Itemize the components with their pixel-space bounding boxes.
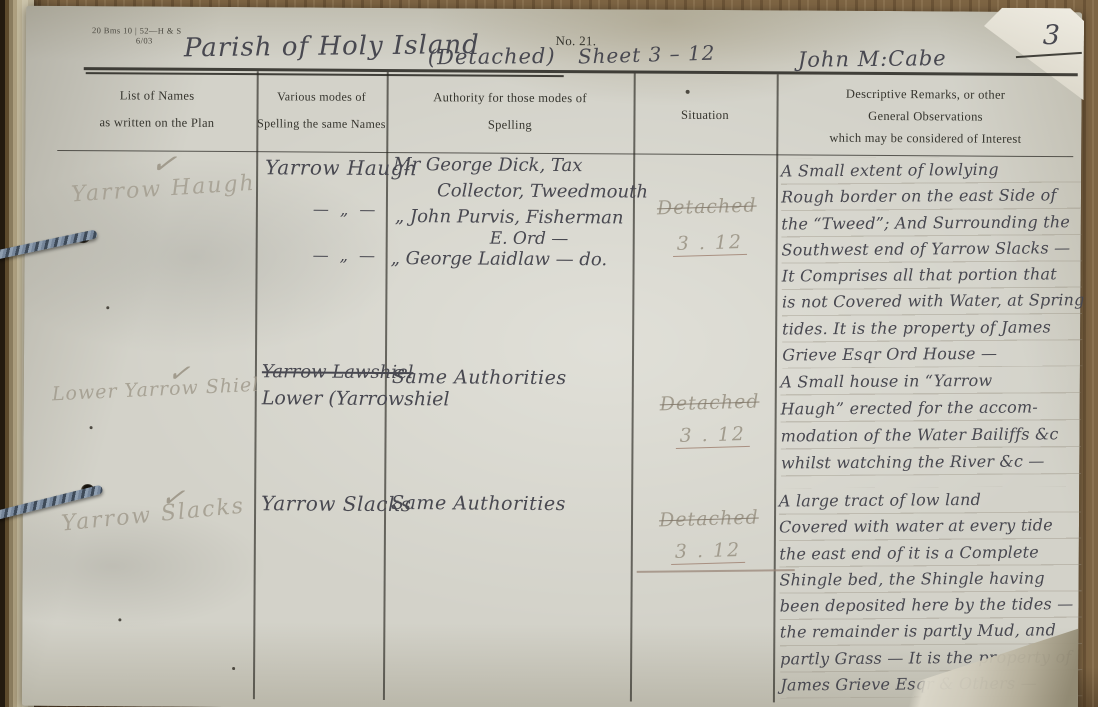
situation-sheet-ref: 3 . 12 xyxy=(672,231,747,257)
remarks-line: A Small extent of lowlying xyxy=(781,156,1081,185)
header-remarks-line2: General Observations xyxy=(778,104,1072,128)
situation-note: Detached xyxy=(659,507,759,532)
photo-of-name-book-page: 3 20 Bms 10 | 52—H & S 6/03 No. 21. Pari… xyxy=(0,0,1098,707)
header-remarks-line3: which may be considered of Interest xyxy=(778,126,1072,150)
authority-line: Collector, Tweedmouth xyxy=(437,180,648,202)
remarks-line: modation of the Water Bailiffs &c xyxy=(781,420,1081,449)
header-situation: Situation xyxy=(635,102,774,130)
heading-underline xyxy=(86,72,564,76)
remarks-cell: A Small house in “Yarrow Haugh” erected … xyxy=(780,366,1081,476)
ditto-mark: — „ — xyxy=(313,246,379,265)
remarks-line: the “Tweed”; And Surrounding the xyxy=(781,209,1081,238)
spelling-entry: Yarrow Slacks xyxy=(261,491,411,516)
form-print-code-line1: 20 Bms 10 | 52—H & S xyxy=(92,25,182,36)
remarks-line: A large tract of low land xyxy=(779,486,1081,515)
folio-number: 3 xyxy=(1043,20,1060,51)
situation-sheet-ref: 3 . 12 xyxy=(670,539,745,565)
plan-name: Yarrow Haugh xyxy=(70,171,256,208)
table-row: ✓ Lower Yarrow Shiel Yarrow Lawshiel Low… xyxy=(26,6,1082,12)
remarks-line: tides. It is the property of James xyxy=(782,314,1082,343)
examiner-name: John M:Cabe xyxy=(798,46,947,72)
table-row: ✓ Yarrow Slacks Yarrow Slacks Same Autho… xyxy=(26,6,1082,12)
header-authority-line1: Authority for those modes of xyxy=(389,84,632,112)
column-divider-3 xyxy=(630,73,635,701)
table-row: ✓ Yarrow Haugh Yarrow Haugh — „ — — „ — … xyxy=(26,6,1082,12)
remarks-line: whilst watching the River &c — xyxy=(781,447,1081,476)
situation-sheet-ref: 3 . 12 xyxy=(675,423,750,449)
header-spelling-modes: Various modes of Spelling the same Names xyxy=(256,83,386,138)
ditto-mark: — „ — xyxy=(313,200,379,219)
authority-line: Same Authorities xyxy=(392,366,567,389)
ink-speck xyxy=(106,306,109,309)
form-print-code: 20 Bms 10 | 52—H & S 6/03 xyxy=(92,25,182,46)
plan-name: Yarrow Slacks xyxy=(60,494,246,537)
header-list-of-names-line1: List of Names xyxy=(60,82,255,110)
header-spelling-modes-line2: Spelling the same Names xyxy=(256,110,386,138)
header-list-of-names-line2: as written on the Plan xyxy=(59,109,254,137)
authority-line: Mr George Dick, Tax xyxy=(393,154,582,176)
header-list-of-names: List of Names as written on the Plan xyxy=(59,82,254,137)
remarks-line: Shingle bed, the Shingle having xyxy=(779,565,1081,594)
sheet-number: Sheet 3 – 12 xyxy=(578,41,716,69)
remarks-line: Grieve Esqr Ord House — xyxy=(782,340,1082,369)
remarks-line: the remainder is partly Mud, and xyxy=(780,618,1082,647)
remarks-line: Rough border on the east Side of xyxy=(781,182,1081,211)
situation-underline xyxy=(637,569,795,572)
header-remarks: Descriptive Remarks, or other General Ob… xyxy=(778,82,1072,150)
authority-line: Same Authorities xyxy=(391,492,566,515)
remarks-line: the east end of it is a Complete xyxy=(779,539,1081,568)
spelling-entry-struck: Yarrow Lawshiel xyxy=(262,361,414,383)
ink-speck xyxy=(118,618,121,621)
ink-speck xyxy=(686,90,690,94)
column-divider-4 xyxy=(773,74,778,702)
ink-speck xyxy=(90,426,93,429)
remarks-line: Covered with water at every tide xyxy=(779,512,1081,541)
spelling-entry: Lower (Yarrowshiel xyxy=(262,387,450,410)
remarks-line: Southwest end of Yarrow Slacks — xyxy=(781,235,1081,264)
authority-cell: Mr George Dick, Tax Collector, Tweedmout… xyxy=(26,6,1082,12)
situation-note: Detached xyxy=(659,391,759,416)
remarks-cell: A Small extent of lowlying Rough border … xyxy=(781,156,1083,369)
remarks-line: It Comprises all that portion that xyxy=(782,261,1082,290)
authority-line: „ John Purvis, Fisherman xyxy=(395,206,624,228)
header-authority: Authority for those modes of Spelling xyxy=(388,84,631,139)
remarks-line: been deposited here by the tides — xyxy=(780,591,1082,620)
form-print-code-line2: 6/03 xyxy=(92,35,182,46)
header-authority-line2: Spelling xyxy=(388,111,631,139)
plan-name: Lower Yarrow Shiel xyxy=(51,374,259,406)
ink-speck xyxy=(232,667,235,670)
header-spelling-modes-line1: Various modes of xyxy=(257,83,387,111)
header-remarks-line1: Descriptive Remarks, or other xyxy=(779,82,1073,106)
name-book-page: 3 20 Bms 10 | 52—H & S 6/03 No. 21. Pari… xyxy=(22,6,1082,707)
authority-line: E. Ord — xyxy=(490,229,569,249)
situation-note: Detached xyxy=(657,195,757,220)
parish-detached-note: (Detached) xyxy=(428,44,556,69)
remarks-line: is not Covered with Water, at Spring xyxy=(782,288,1082,317)
remarks-line: A Small house in “Yarrow xyxy=(780,366,1080,395)
remarks-line: Haugh” erected for the accom- xyxy=(780,393,1080,422)
authority-line: „ George Laidlaw — do. xyxy=(391,248,608,270)
